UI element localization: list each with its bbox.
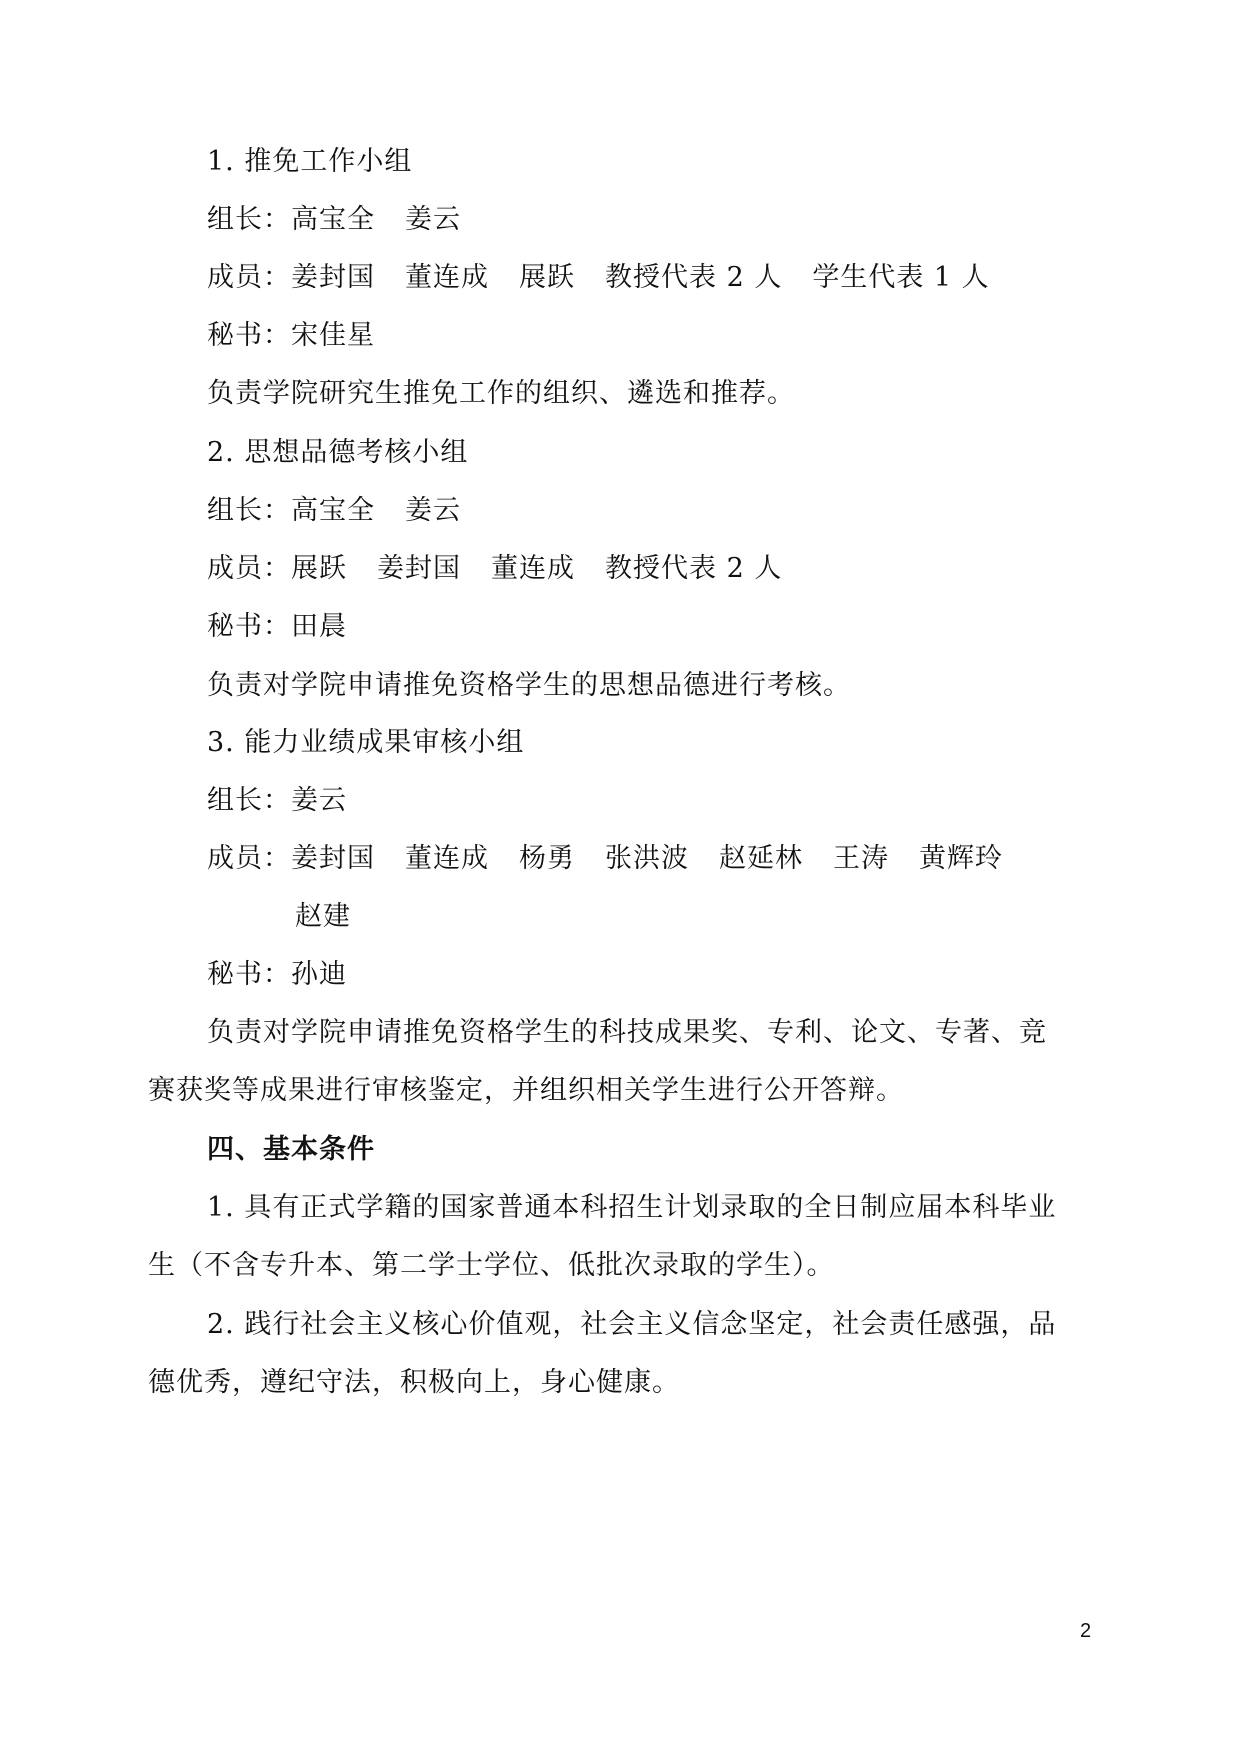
condition-1-line-2: 生（不含专升本、第二学士学位、低批次录取的学生）。: [148, 1249, 835, 1283]
secretary-label: 秘书：: [207, 611, 291, 642]
group-1-secretary: 秘书：宋佳星: [207, 319, 375, 353]
group-3-duty-line-2: 赛获奖等成果进行审核鉴定，并组织相关学生进行公开答辩。: [148, 1074, 904, 1108]
condition-1-line-1: 1. 具有正式学籍的国家普通本科招生计划录取的全日制应届本科毕业: [207, 1191, 1056, 1225]
page-number: 2: [1080, 1620, 1091, 1643]
group-2-title: 2. 思想品德考核小组: [207, 436, 468, 470]
group-3-secretary: 秘书：孙迪: [207, 958, 347, 992]
group-3-duty-line-1: 负责对学院申请推免资格学生的科技成果奖、专利、论文、专著、竞: [207, 1016, 1047, 1050]
members-label: 成员：: [207, 843, 291, 874]
members-label: 成员：: [207, 553, 291, 584]
secretary-name: 田晨: [291, 611, 347, 642]
group-1-title: 1. 推免工作小组: [207, 145, 412, 179]
leader-name: 高宝全: [291, 495, 375, 526]
member-name: 教授代表 2 人: [605, 262, 782, 293]
condition-2-line-1: 2. 践行社会主义核心价值观，社会主义信念坚定，社会责任感强，品: [207, 1308, 1056, 1342]
member-name: 张洪波: [605, 843, 689, 874]
group-3-title: 3. 能力业绩成果审核小组: [207, 726, 524, 760]
member-name: 董连成: [405, 262, 489, 293]
member-name: 赵建: [295, 901, 351, 932]
member-name: 展跃: [291, 553, 347, 584]
secretary-name: 宋佳星: [291, 320, 375, 351]
member-name: 王涛: [833, 843, 889, 874]
group-3-members: 成员：姜封国董连成杨勇张洪波赵延林王涛黄辉玲: [207, 842, 1003, 876]
member-name: 姜封国: [291, 262, 375, 293]
leader-label: 组长：: [207, 204, 291, 235]
secretary-name: 孙迪: [291, 959, 347, 990]
member-name: 姜封国: [377, 553, 461, 584]
member-name: 展跃: [519, 262, 575, 293]
member-name: 杨勇: [519, 843, 575, 874]
member-name: 姜封国: [291, 843, 375, 874]
member-name: 董连成: [405, 843, 489, 874]
member-name: 学生代表 1 人: [812, 262, 989, 293]
document-page: 1. 推免工作小组 组长：高宝全姜云 成员：姜封国董连成展跃教授代表 2 人学生…: [0, 0, 1241, 1754]
group-1-members: 成员：姜封国董连成展跃教授代表 2 人学生代表 1 人: [207, 261, 990, 295]
group-2-members: 成员：展跃姜封国董连成教授代表 2 人: [207, 552, 782, 586]
group-3-members-continued: 赵建: [295, 900, 351, 934]
member-name: 董连成: [491, 553, 575, 584]
secretary-label: 秘书：: [207, 320, 291, 351]
leader-name: 姜云: [405, 495, 461, 526]
group-2-duty: 负责对学院申请推免资格学生的思想品德进行考核。: [207, 669, 851, 703]
leader-label: 组长：: [207, 495, 291, 526]
leader-name: 姜云: [291, 785, 347, 816]
group-1-duty: 负责学院研究生推免工作的组织、遴选和推荐。: [207, 377, 795, 411]
members-label: 成员：: [207, 262, 291, 293]
group-2-leaders: 组长：高宝全姜云: [207, 494, 461, 528]
group-2-secretary: 秘书：田晨: [207, 610, 347, 644]
condition-2-line-2: 德优秀，遵纪守法，积极向上，身心健康。: [148, 1366, 680, 1400]
section-heading: 四、基本条件: [207, 1133, 375, 1167]
leader-name: 姜云: [405, 204, 461, 235]
member-name: 黄辉玲: [919, 843, 1003, 874]
member-name: 教授代表 2 人: [605, 553, 782, 584]
member-name: 赵延林: [719, 843, 803, 874]
secretary-label: 秘书：: [207, 959, 291, 990]
group-3-leaders: 组长：姜云: [207, 784, 347, 818]
leader-name: 高宝全: [291, 204, 375, 235]
group-1-leaders: 组长：高宝全姜云: [207, 203, 461, 237]
leader-label: 组长：: [207, 785, 291, 816]
